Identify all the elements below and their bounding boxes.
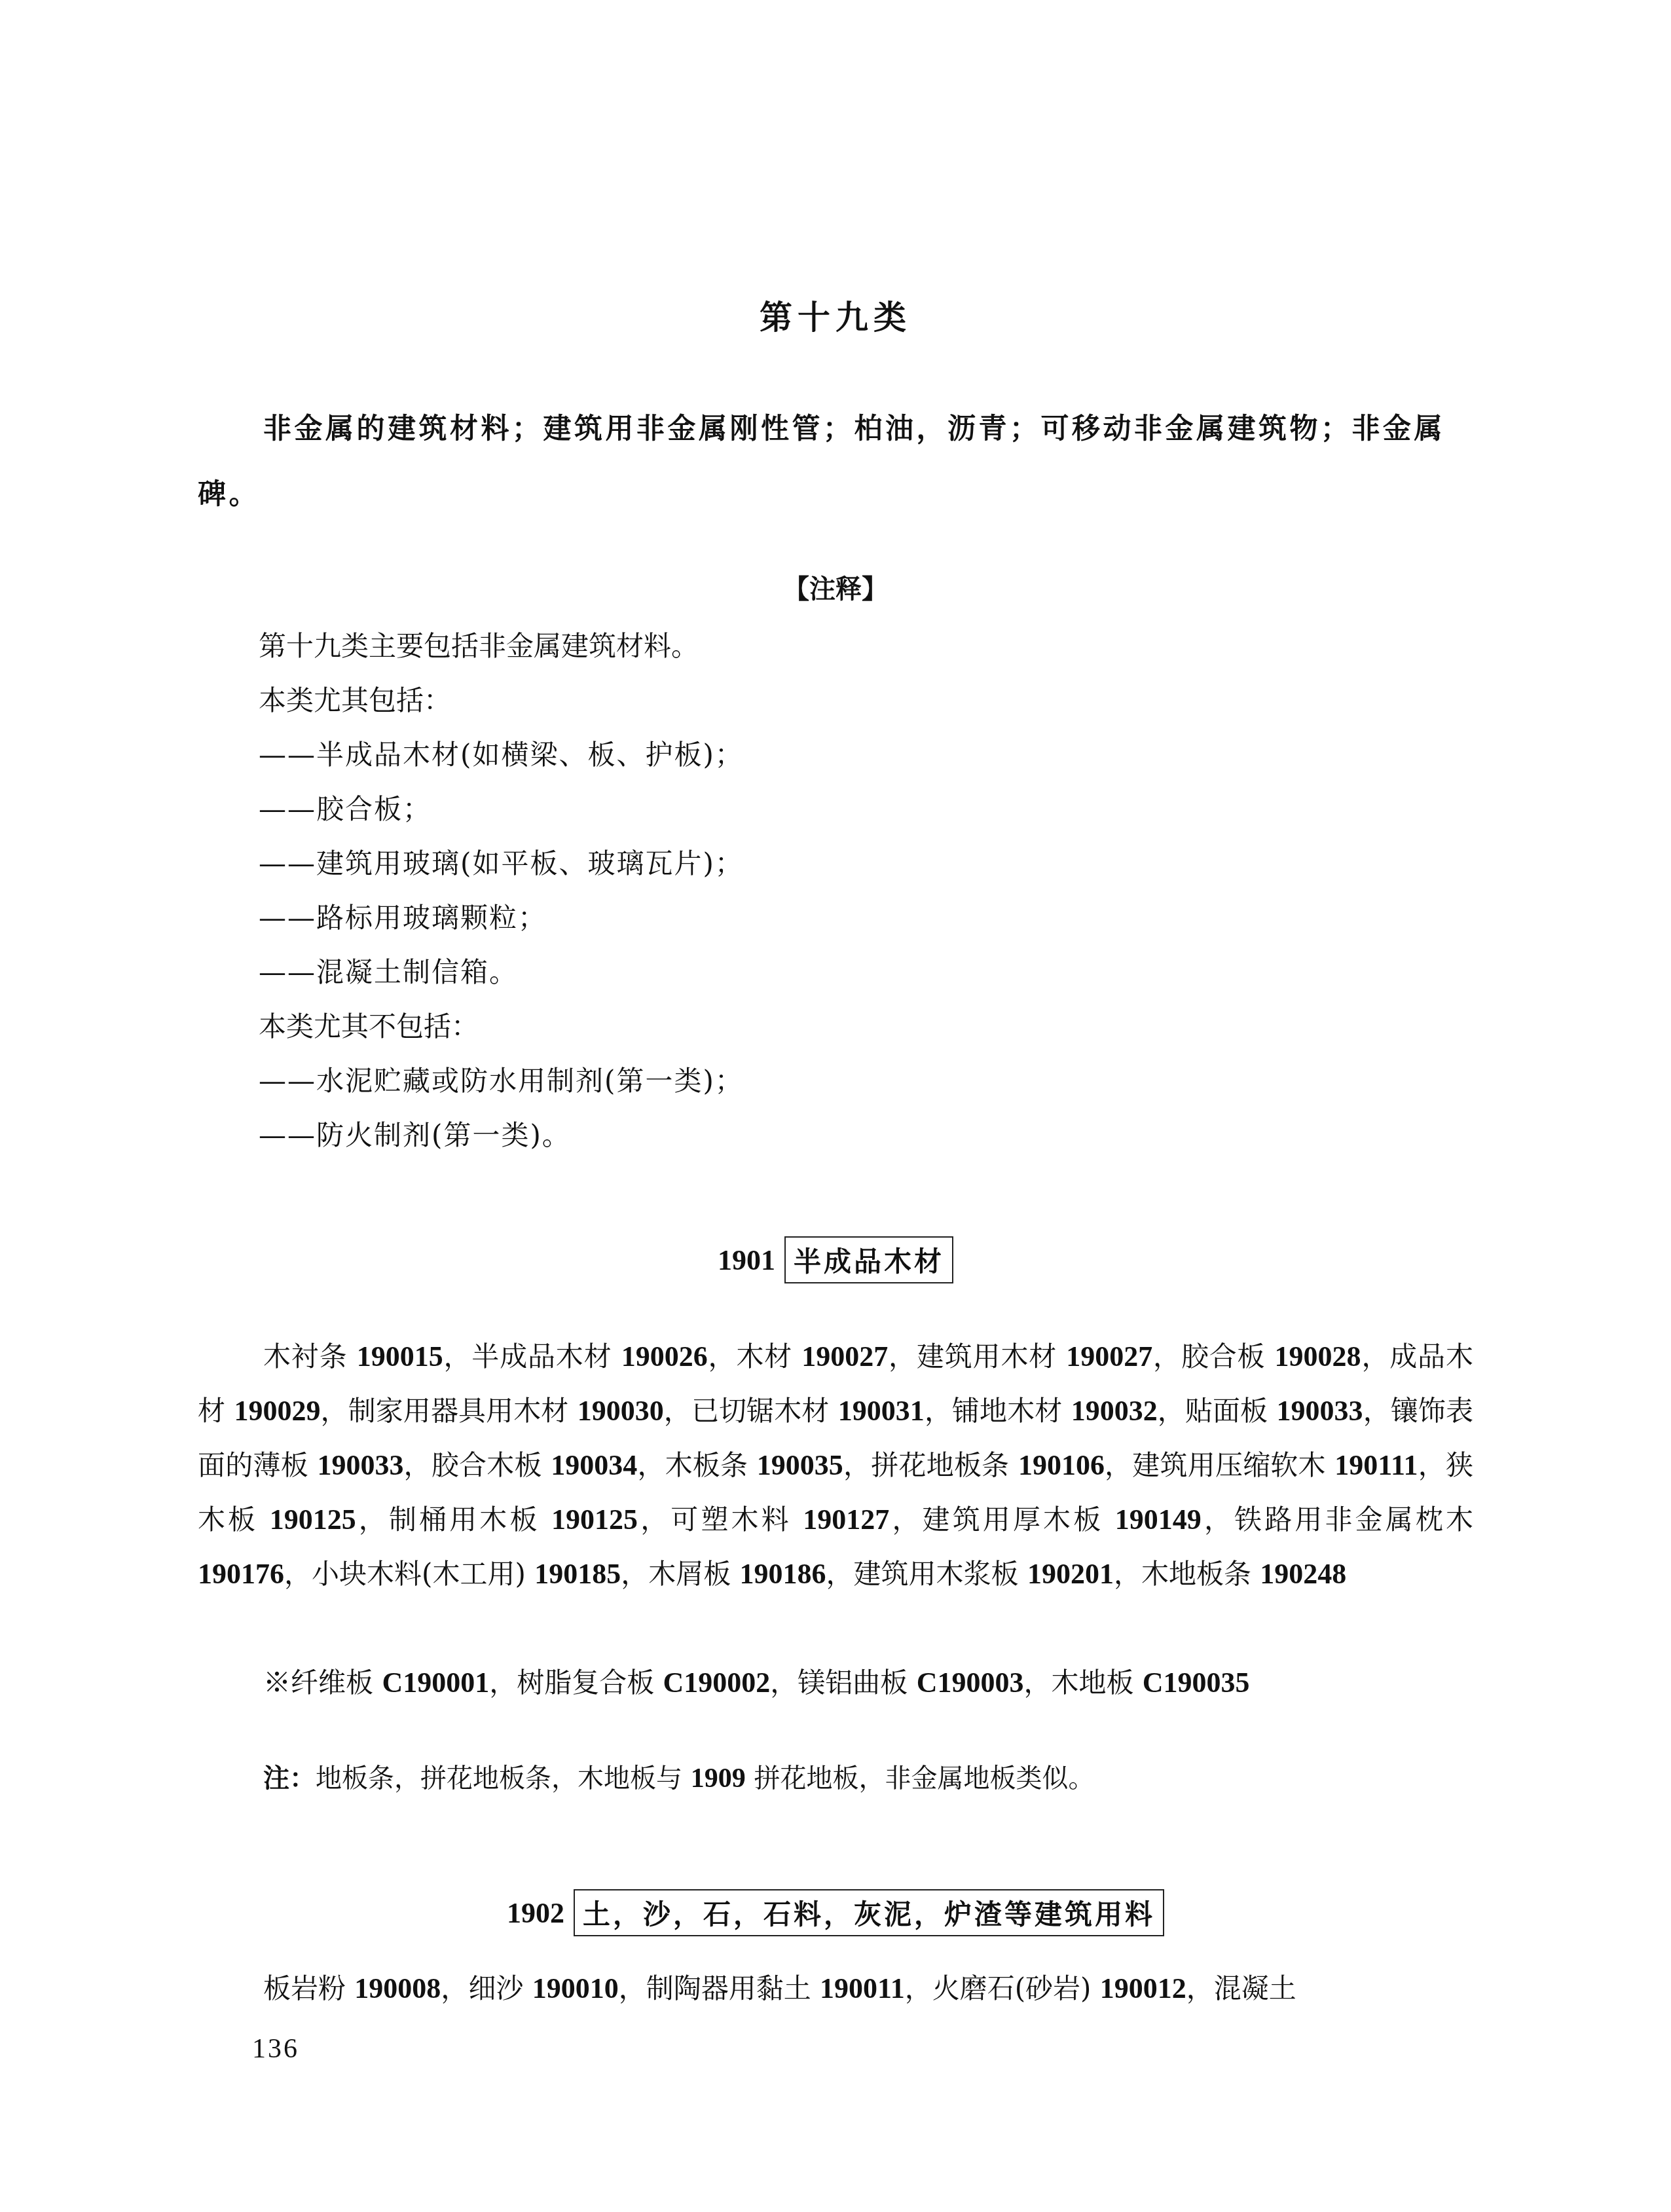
goods-code: 190030	[578, 1395, 664, 1427]
goods-item: 建筑用压缩软木 190111，	[1132, 1449, 1446, 1481]
goods-item: 胶合木板 190034，	[432, 1449, 665, 1481]
goods-code: 190106	[1018, 1449, 1105, 1481]
goods-name: 镁铝曲板	[798, 1667, 916, 1699]
goods-name: 拼花地板条	[871, 1449, 1018, 1481]
goods-name: 细沙	[468, 1972, 532, 2004]
goods-item: 贴面板 190033，	[1185, 1395, 1391, 1427]
notes-includes-heading: 本类尤其包括：	[259, 673, 1503, 728]
goods-name: 建筑用压缩软木	[1132, 1449, 1334, 1481]
goods-item: 建筑用厚木板 190149，	[923, 1503, 1234, 1536]
goods-name: 建筑用厚木板	[923, 1503, 1115, 1536]
notes-label: 【注释】	[0, 568, 1671, 606]
section-heading-1902: 1902土，沙，石，石料，灰泥，炉渣等建筑用料	[0, 1889, 1671, 1936]
goods-item: 拼花地板条 190106，	[871, 1449, 1132, 1481]
goods-name: 半成品木材	[471, 1340, 621, 1373]
goods-item: 木地板条 190248	[1141, 1558, 1346, 1590]
goods-name: 木板条	[665, 1449, 757, 1481]
class-title: 第十九类	[0, 291, 1671, 339]
notes-body: 第十九类主要包括非金属建筑材料。 本类尤其包括： ——半成品木材(如横梁、板、护…	[259, 619, 1503, 1162]
class-heading: 非金属的建筑材料；建筑用非金属刚性管；柏油，沥青；可移动非金属建筑物；非金属碑。	[198, 396, 1473, 527]
section-1901-items: 木衬条 190015，半成品木材 190026，木材 190027，建筑用木材 …	[198, 1329, 1473, 1601]
notes-include-item: ——路标用玻璃颗粒；	[259, 891, 1503, 945]
goods-code: 190010	[532, 1972, 619, 2004]
goods-code: 190176	[198, 1558, 284, 1590]
goods-item: 木屑板 190186，	[648, 1558, 853, 1590]
goods-name: 铁路用非金属枕木	[1234, 1503, 1473, 1536]
section-title-box: 半成品木材	[784, 1236, 953, 1283]
goods-name: 板岩粉	[263, 1972, 354, 2004]
goods-code: 190034	[551, 1449, 637, 1481]
goods-name: 小块木料(木工用)	[312, 1558, 534, 1590]
goods-item: 木材 190027，	[736, 1340, 917, 1373]
goods-code: 190012	[1100, 1972, 1186, 2004]
goods-item: 小块木料(木工用) 190185，	[312, 1558, 648, 1590]
notes-excludes-heading: 本类尤其不包括：	[259, 999, 1503, 1054]
goods-code: 190032	[1071, 1395, 1158, 1427]
goods-code: 190031	[838, 1395, 925, 1427]
goods-code: 190033	[1277, 1395, 1363, 1427]
goods-code: 190008	[354, 1972, 441, 2004]
goods-name: 木地板	[1051, 1667, 1142, 1699]
goods-item: 镁铝曲板 C190003，	[798, 1667, 1051, 1699]
goods-code: 190035	[757, 1449, 843, 1481]
notes-include-item: ——混凝土制信箱。	[259, 945, 1503, 999]
goods-name: 建筑用木材	[917, 1340, 1066, 1373]
section-code: 1902	[507, 1897, 564, 1929]
note-label: 注：	[263, 1763, 316, 1794]
section-1901-note: 注：地板条，拼花地板条，木地板与 1909 拼花地板，非金属地板类似。	[263, 1752, 1094, 1806]
goods-name: 木地板条	[1141, 1558, 1260, 1590]
goods-code: 190029	[234, 1395, 321, 1427]
goods-code: 190026	[621, 1340, 708, 1373]
goods-code: 190015	[357, 1340, 443, 1373]
goods-item: 铺地木材 190032，	[952, 1395, 1185, 1427]
goods-item: 混凝土	[1214, 1972, 1296, 2004]
goods-name: 胶合木板	[432, 1449, 551, 1481]
goods-item: 建筑用木浆板 190201，	[854, 1558, 1141, 1590]
goods-name: 胶合板	[1181, 1340, 1275, 1373]
goods-name: 铺地木材	[952, 1395, 1071, 1427]
goods-item: 细沙 190010，	[468, 1972, 646, 2004]
goods-code: 190185	[534, 1558, 621, 1590]
goods-item: 制桶用木板 190125，	[389, 1503, 670, 1536]
goods-name: 已切锯木材	[691, 1395, 838, 1427]
goods-item: 板岩粉 190008，	[263, 1972, 468, 2004]
goods-item: 木衬条 190015，	[263, 1340, 471, 1373]
goods-code: 190111	[1334, 1449, 1418, 1481]
goods-code: C190002	[663, 1667, 771, 1699]
goods-code: 190149	[1115, 1503, 1202, 1536]
note-ref-code: 1909	[691, 1763, 746, 1794]
goods-code: 190201	[1027, 1558, 1114, 1590]
goods-name: 木衬条	[263, 1340, 357, 1373]
goods-item: 火磨石(砂岩) 190012，	[932, 1972, 1214, 2004]
goods-code: 190248	[1260, 1558, 1346, 1590]
goods-name: 木材	[736, 1340, 801, 1373]
goods-code: C190001	[382, 1667, 489, 1699]
goods-code: 190027	[801, 1340, 888, 1373]
goods-item: 木板条 190035，	[665, 1449, 872, 1481]
section-heading-1901: 1901半成品木材	[0, 1236, 1671, 1283]
goods-name: 贴面板	[1185, 1395, 1277, 1427]
notes-include-item: ——建筑用玻璃(如平板、玻璃瓦片)；	[259, 836, 1503, 891]
goods-name: 可塑木料	[670, 1503, 803, 1536]
goods-item: 半成品木材 190026，	[471, 1340, 736, 1373]
goods-code: C190003	[917, 1667, 1024, 1699]
goods-code: 190033	[317, 1449, 403, 1481]
document-page: 第十九类 非金属的建筑材料；建筑用非金属刚性管；柏油，沥青；可移动非金属建筑物；…	[0, 0, 1671, 2212]
notes-intro: 第十九类主要包括非金属建筑材料。	[259, 619, 1503, 673]
goods-name: 火磨石(砂岩)	[932, 1972, 1100, 2004]
goods-code: 190028	[1275, 1340, 1361, 1373]
goods-code: 190125	[551, 1503, 638, 1536]
goods-item: 木地板 C190035	[1051, 1667, 1249, 1699]
goods-name: 混凝土	[1214, 1972, 1296, 2004]
section-code: 1901	[718, 1244, 775, 1276]
section-title-box: 土，沙，石，石料，灰泥，炉渣等建筑用料	[574, 1889, 1164, 1936]
goods-name: 纤维板	[291, 1667, 382, 1699]
goods-item: 制家用器具用木材 190030，	[348, 1395, 691, 1427]
goods-item: 已切锯木材 190031，	[691, 1395, 952, 1427]
note-text: 地板条，拼花地板条，木地板与	[316, 1763, 691, 1794]
goods-item: 可塑木料 190127，	[670, 1503, 922, 1536]
goods-name: 制陶器用黏土	[646, 1972, 820, 2004]
goods-item: 制陶器用黏土 190011，	[646, 1972, 932, 2004]
section-1901-extra-items: ※纤维板 C190001，树脂复合板 C190002，镁铝曲板 C190003，…	[263, 1655, 1250, 1710]
goods-item: 胶合板 190028，	[1181, 1340, 1389, 1373]
goods-name: 木屑板	[648, 1558, 739, 1590]
goods-name: 制家用器具用木材	[348, 1395, 578, 1427]
goods-item: 纤维板 C190001，	[291, 1667, 517, 1699]
goods-code: 190125	[270, 1503, 356, 1536]
extra-items-list: 纤维板 C190001，树脂复合板 C190002，镁铝曲板 C190003，木…	[291, 1667, 1250, 1699]
goods-code: 190186	[740, 1558, 826, 1590]
goods-name: 树脂复合板	[517, 1667, 663, 1699]
goods-item: 建筑用木材 190027，	[917, 1340, 1181, 1373]
goods-code: 190027	[1066, 1340, 1152, 1373]
goods-code: 190011	[820, 1972, 905, 2004]
page-number: 136	[252, 2033, 299, 2065]
note-text-tail: 拼花地板，非金属地板类似。	[746, 1763, 1095, 1794]
section-1902-items: 板岩粉 190008，细沙 190010，制陶器用黏土 190011，火磨石(砂…	[198, 1961, 1473, 2016]
notes-include-item: ——半成品木材(如横梁、板、护板)；	[259, 728, 1503, 782]
goods-code: C190035	[1143, 1667, 1250, 1699]
goods-item: 树脂复合板 C190002，	[517, 1667, 798, 1699]
goods-name: 制桶用木板	[389, 1503, 551, 1536]
goods-code: 190127	[803, 1503, 889, 1536]
notes-exclude-item: ——防火制剂(第一类)。	[259, 1108, 1503, 1162]
notes-exclude-item: ——水泥贮藏或防水用制剂(第一类)；	[259, 1054, 1503, 1108]
goods-name: 建筑用木浆板	[854, 1558, 1027, 1590]
reference-mark: ※	[263, 1667, 291, 1699]
notes-include-item: ——胶合板；	[259, 782, 1503, 836]
